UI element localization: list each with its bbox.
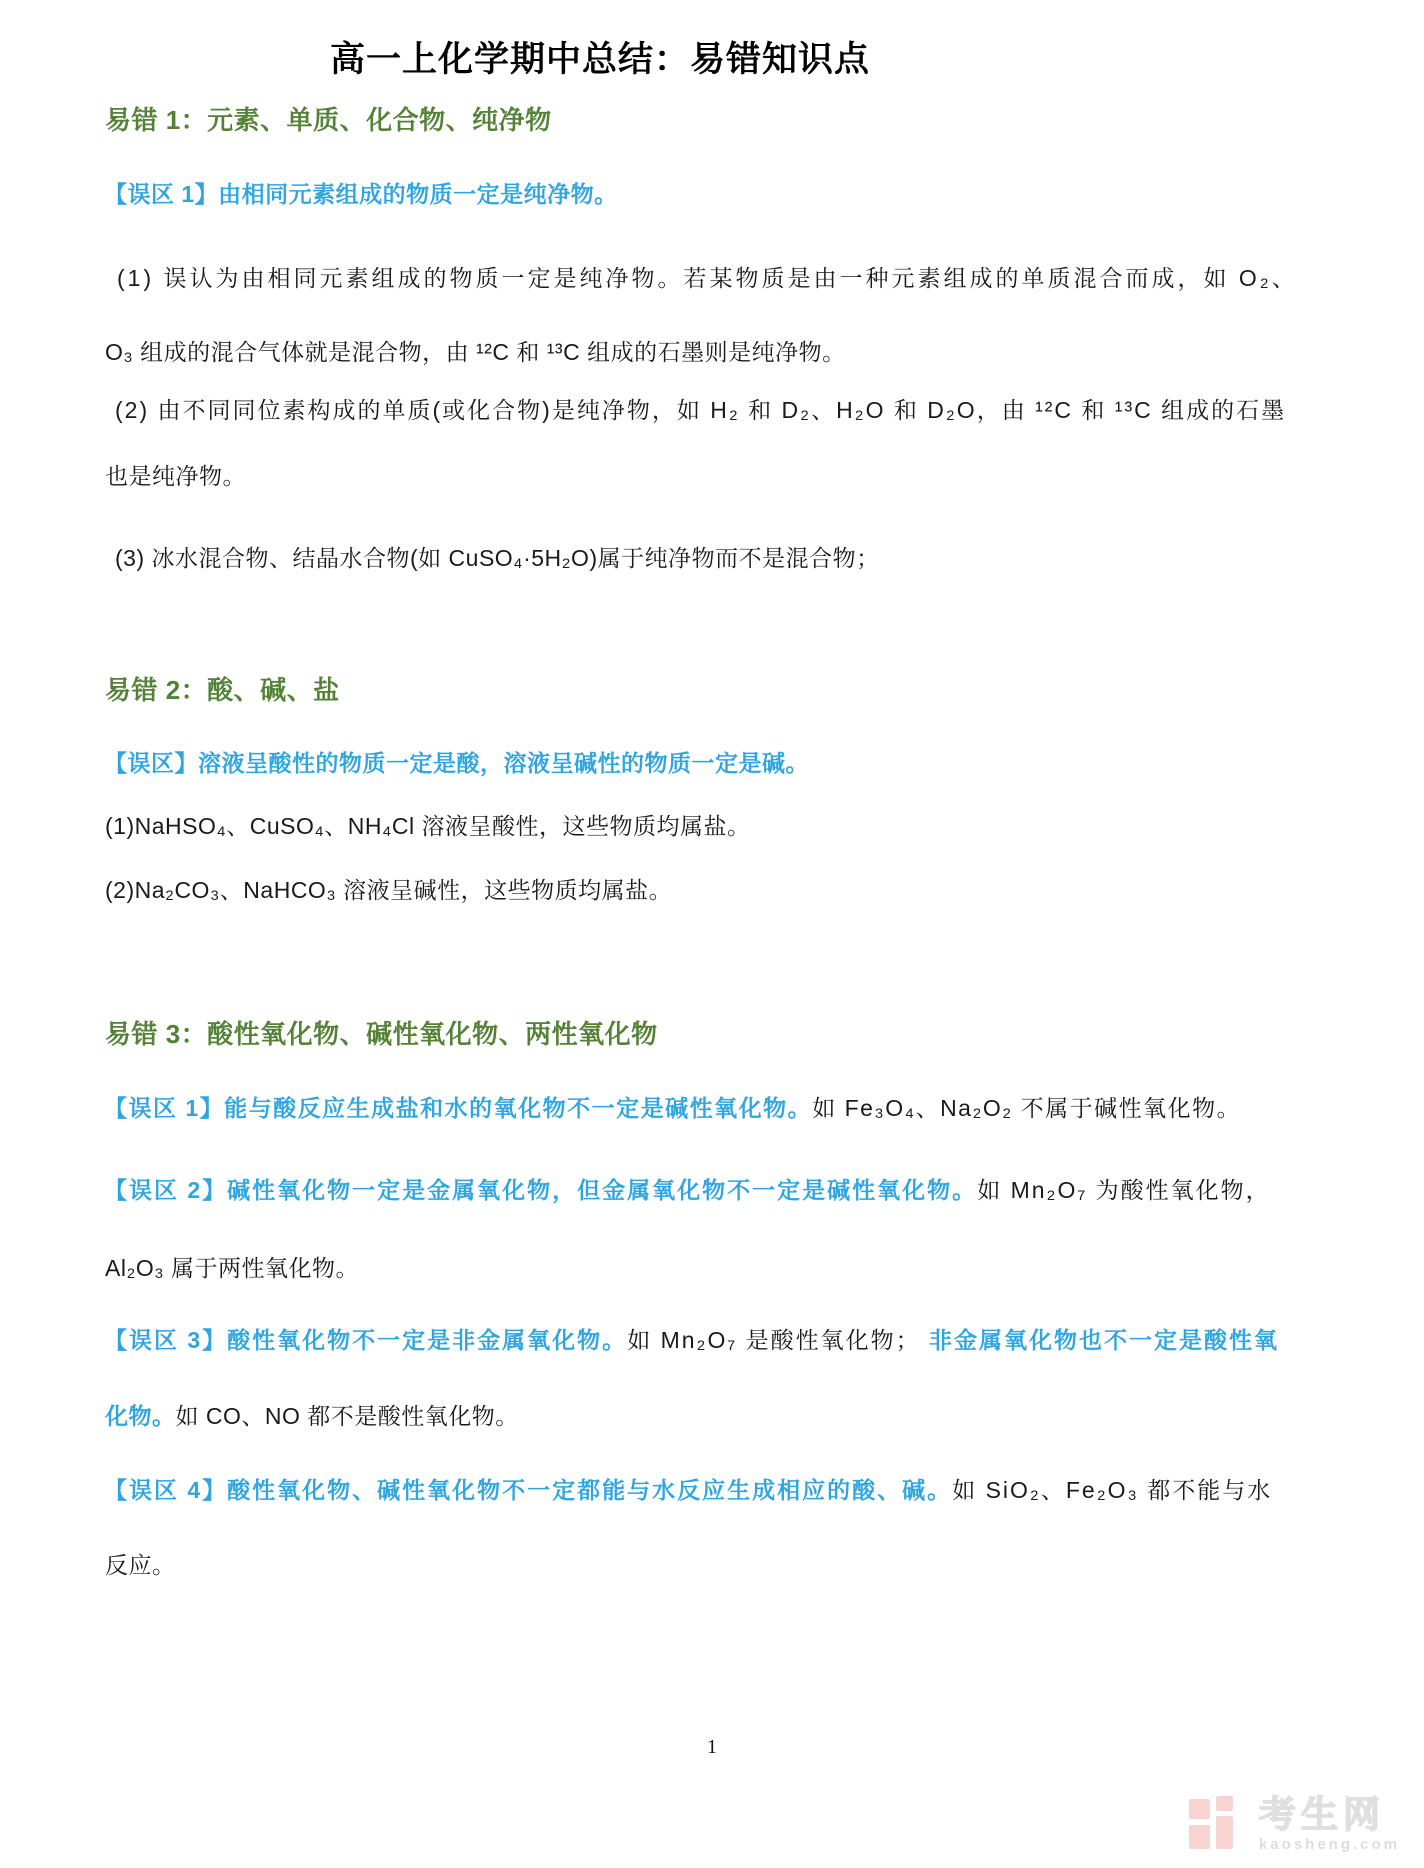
brand-name: 考生网: [1259, 1796, 1400, 1833]
misconception-line-2-cont: Al₂O₃ 属于两性氧化物。: [105, 1250, 359, 1283]
kaosheng-logo-text: 考生网 kaosheng.com: [1259, 1796, 1400, 1853]
paragraph-line: (1) 误认为由相同元素组成的物质一定是纯净物。若某物质是由一种元素组成的单质混…: [117, 260, 1298, 293]
page-title: 高一上化学期中总结：易错知识点: [0, 32, 1200, 82]
brand-domain: kaosheng.com: [1259, 1836, 1400, 1853]
paragraph-line: O₃ 组成的混合气体就是混合物，由 ¹²C 和 ¹³C 组成的石墨则是纯净物。: [105, 334, 846, 367]
paragraph-line: (2)Na₂CO₃、NaHCO₃ 溶液呈碱性，这些物质均属盐。: [105, 872, 672, 905]
section-2-heading: 易错 2：酸、碱、盐: [105, 670, 340, 707]
misconception-claim: 【误区 2】碱性氧化物一定是金属氧化物，但金属氧化物不一定是碱性氧化物。: [104, 1177, 977, 1203]
section-1-heading: 易错 1：元素、单质、化合物、纯净物: [105, 100, 552, 137]
section-2-misconception: 【误区】溶液呈酸性的物质一定是酸，溶液呈碱性的物质一定是碱。: [104, 745, 809, 778]
paragraph-line: (2) 由不同同位素构成的单质(或化合物)是纯净物，如 H₂ 和 D₂、H₂O …: [115, 392, 1286, 425]
paragraph-line: (1)NaHSO₄、CuSO₄、NH₄Cl 溶液呈酸性，这些物质均属盐。: [105, 808, 750, 841]
kaosheng-logo-icon: [1189, 1796, 1247, 1850]
misconception-claim: 【误区 4】酸性氧化物、碱性氧化物不一定都能与水反应生成相应的酸、碱。: [104, 1477, 952, 1503]
paragraph-line: (3) 冰水混合物、结晶水合物(如 CuSO₄·5H₂O)属于纯净物而不是混合物…: [115, 540, 880, 573]
section-1-misconception-1: 【误区 1】由相同元素组成的物质一定是纯净物。: [104, 176, 618, 209]
misconception-line-4-cont: 反应。: [105, 1547, 176, 1580]
misconception-claim-2-cont: 化物。: [105, 1403, 176, 1429]
misconception-example: 如 Fe₃O₄、Na₂O₂ 不属于碱性氧化物。: [812, 1095, 1241, 1121]
misconception-example: 如 Mn₂O₇ 是酸性氧化物；: [627, 1327, 920, 1353]
misconception-line-4: 【误区 4】酸性氧化物、碱性氧化物不一定都能与水反应生成相应的酸、碱。如 SiO…: [104, 1472, 1272, 1505]
document-page: 高一上化学期中总结：易错知识点 易错 1：元素、单质、化合物、纯净物 【误区 1…: [0, 0, 1424, 1868]
misconception-claim: 【误区 1】能与酸反应生成盐和水的氧化物不一定是碱性氧化物。: [104, 1095, 812, 1121]
misconception-example-2: 如 CO、NO 都不是酸性氧化物。: [176, 1403, 519, 1429]
misconception-line-3: 【误区 3】酸性氧化物不一定是非金属氧化物。如 Mn₂O₇ 是酸性氧化物； 非金…: [104, 1322, 1279, 1355]
misconception-line-3-cont: 化物。如 CO、NO 都不是酸性氧化物。: [105, 1398, 519, 1431]
misconception-claim: 【误区 3】酸性氧化物不一定是非金属氧化物。: [104, 1327, 627, 1353]
misconception-example: 如 SiO₂、Fe₂O₃ 都不能与水: [952, 1477, 1272, 1503]
paragraph-line: 也是纯净物。: [105, 458, 246, 491]
misconception-claim-2: 非金属氧化物也不一定是酸性氧: [921, 1327, 1279, 1353]
misconception-example: 如 Mn₂O₇ 为酸性氧化物，: [977, 1177, 1270, 1203]
kaosheng-watermark: 考生网 kaosheng.com: [1189, 1796, 1400, 1853]
misconception-line-1: 【误区 1】能与酸反应生成盐和水的氧化物不一定是碱性氧化物。如 Fe₃O₄、Na…: [104, 1090, 1241, 1123]
page-number: 1: [0, 1736, 1424, 1759]
misconception-line-2: 【误区 2】碱性氧化物一定是金属氧化物，但金属氧化物不一定是碱性氧化物。如 Mn…: [104, 1172, 1271, 1205]
section-3-heading: 易错 3：酸性氧化物、碱性氧化物、两性氧化物: [105, 1014, 658, 1051]
